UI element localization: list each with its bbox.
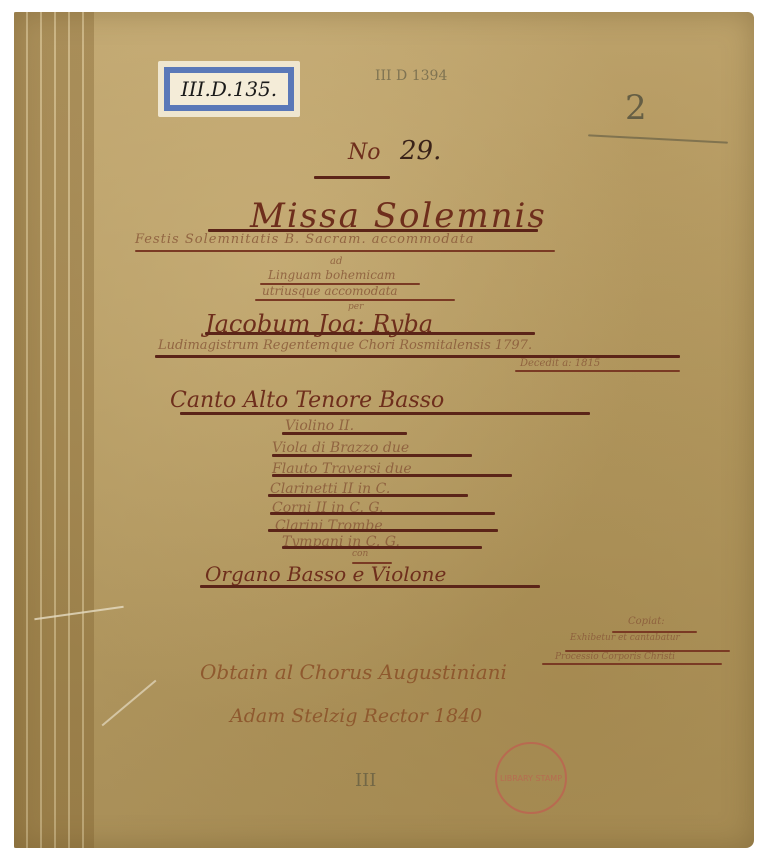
rule xyxy=(515,370,680,372)
rule xyxy=(282,432,407,435)
rule xyxy=(272,474,512,477)
ownership-line: Obtain al Chorus Augustiniani xyxy=(200,660,507,684)
organ-rule xyxy=(200,585,540,588)
rule xyxy=(314,176,390,179)
voices-rule xyxy=(180,412,590,415)
rule xyxy=(255,299,455,301)
author-note: Decedit a: 1815 xyxy=(520,358,600,369)
rule xyxy=(542,663,722,665)
subtitle-rule xyxy=(135,250,555,252)
stamp-text: LIBRARY STAMP xyxy=(500,774,562,783)
library-stamp: LIBRARY STAMP xyxy=(495,742,567,814)
ornament: con xyxy=(352,549,368,559)
pencil-shelfmark: III D 1394 xyxy=(375,68,447,84)
right-note: Processio Corporis Christi xyxy=(555,652,675,662)
rule xyxy=(268,529,498,532)
author-rule xyxy=(205,332,535,335)
paper-crack xyxy=(102,680,157,727)
corner-number: 2 xyxy=(625,88,647,128)
organ-line: Organo Basso e Violone xyxy=(205,562,446,586)
shelf-label-text: III.D.135. xyxy=(164,67,294,111)
right-note: Exhibetur et cantabatur xyxy=(570,633,680,643)
shelf-label: III.D.135. xyxy=(158,61,300,117)
rule xyxy=(272,454,472,457)
ad-line: ad xyxy=(330,256,342,267)
rule xyxy=(155,355,680,358)
rule xyxy=(270,512,495,515)
spine-binding xyxy=(14,12,94,848)
number-prefix: No xyxy=(348,140,381,165)
rule xyxy=(282,546,482,549)
rule xyxy=(268,494,468,497)
right-note: Copiat: xyxy=(628,616,665,627)
voices-line: Canto Alto Tenore Basso xyxy=(170,388,444,413)
ownership-line: Adam Stelzig Rector 1840 xyxy=(230,705,482,727)
bottom-pencil-mark: III xyxy=(355,770,376,791)
subtitle: Festis Solemnitatis B. Sacram. accommoda… xyxy=(135,232,474,247)
accomodata-line: utriusque accomodata xyxy=(262,284,398,298)
language-line: Linguam bohemicam xyxy=(268,268,396,282)
author-title: Ludimagistrum Regentemque Chori Rosmital… xyxy=(158,338,532,353)
manuscript-number: 29. xyxy=(400,136,441,166)
